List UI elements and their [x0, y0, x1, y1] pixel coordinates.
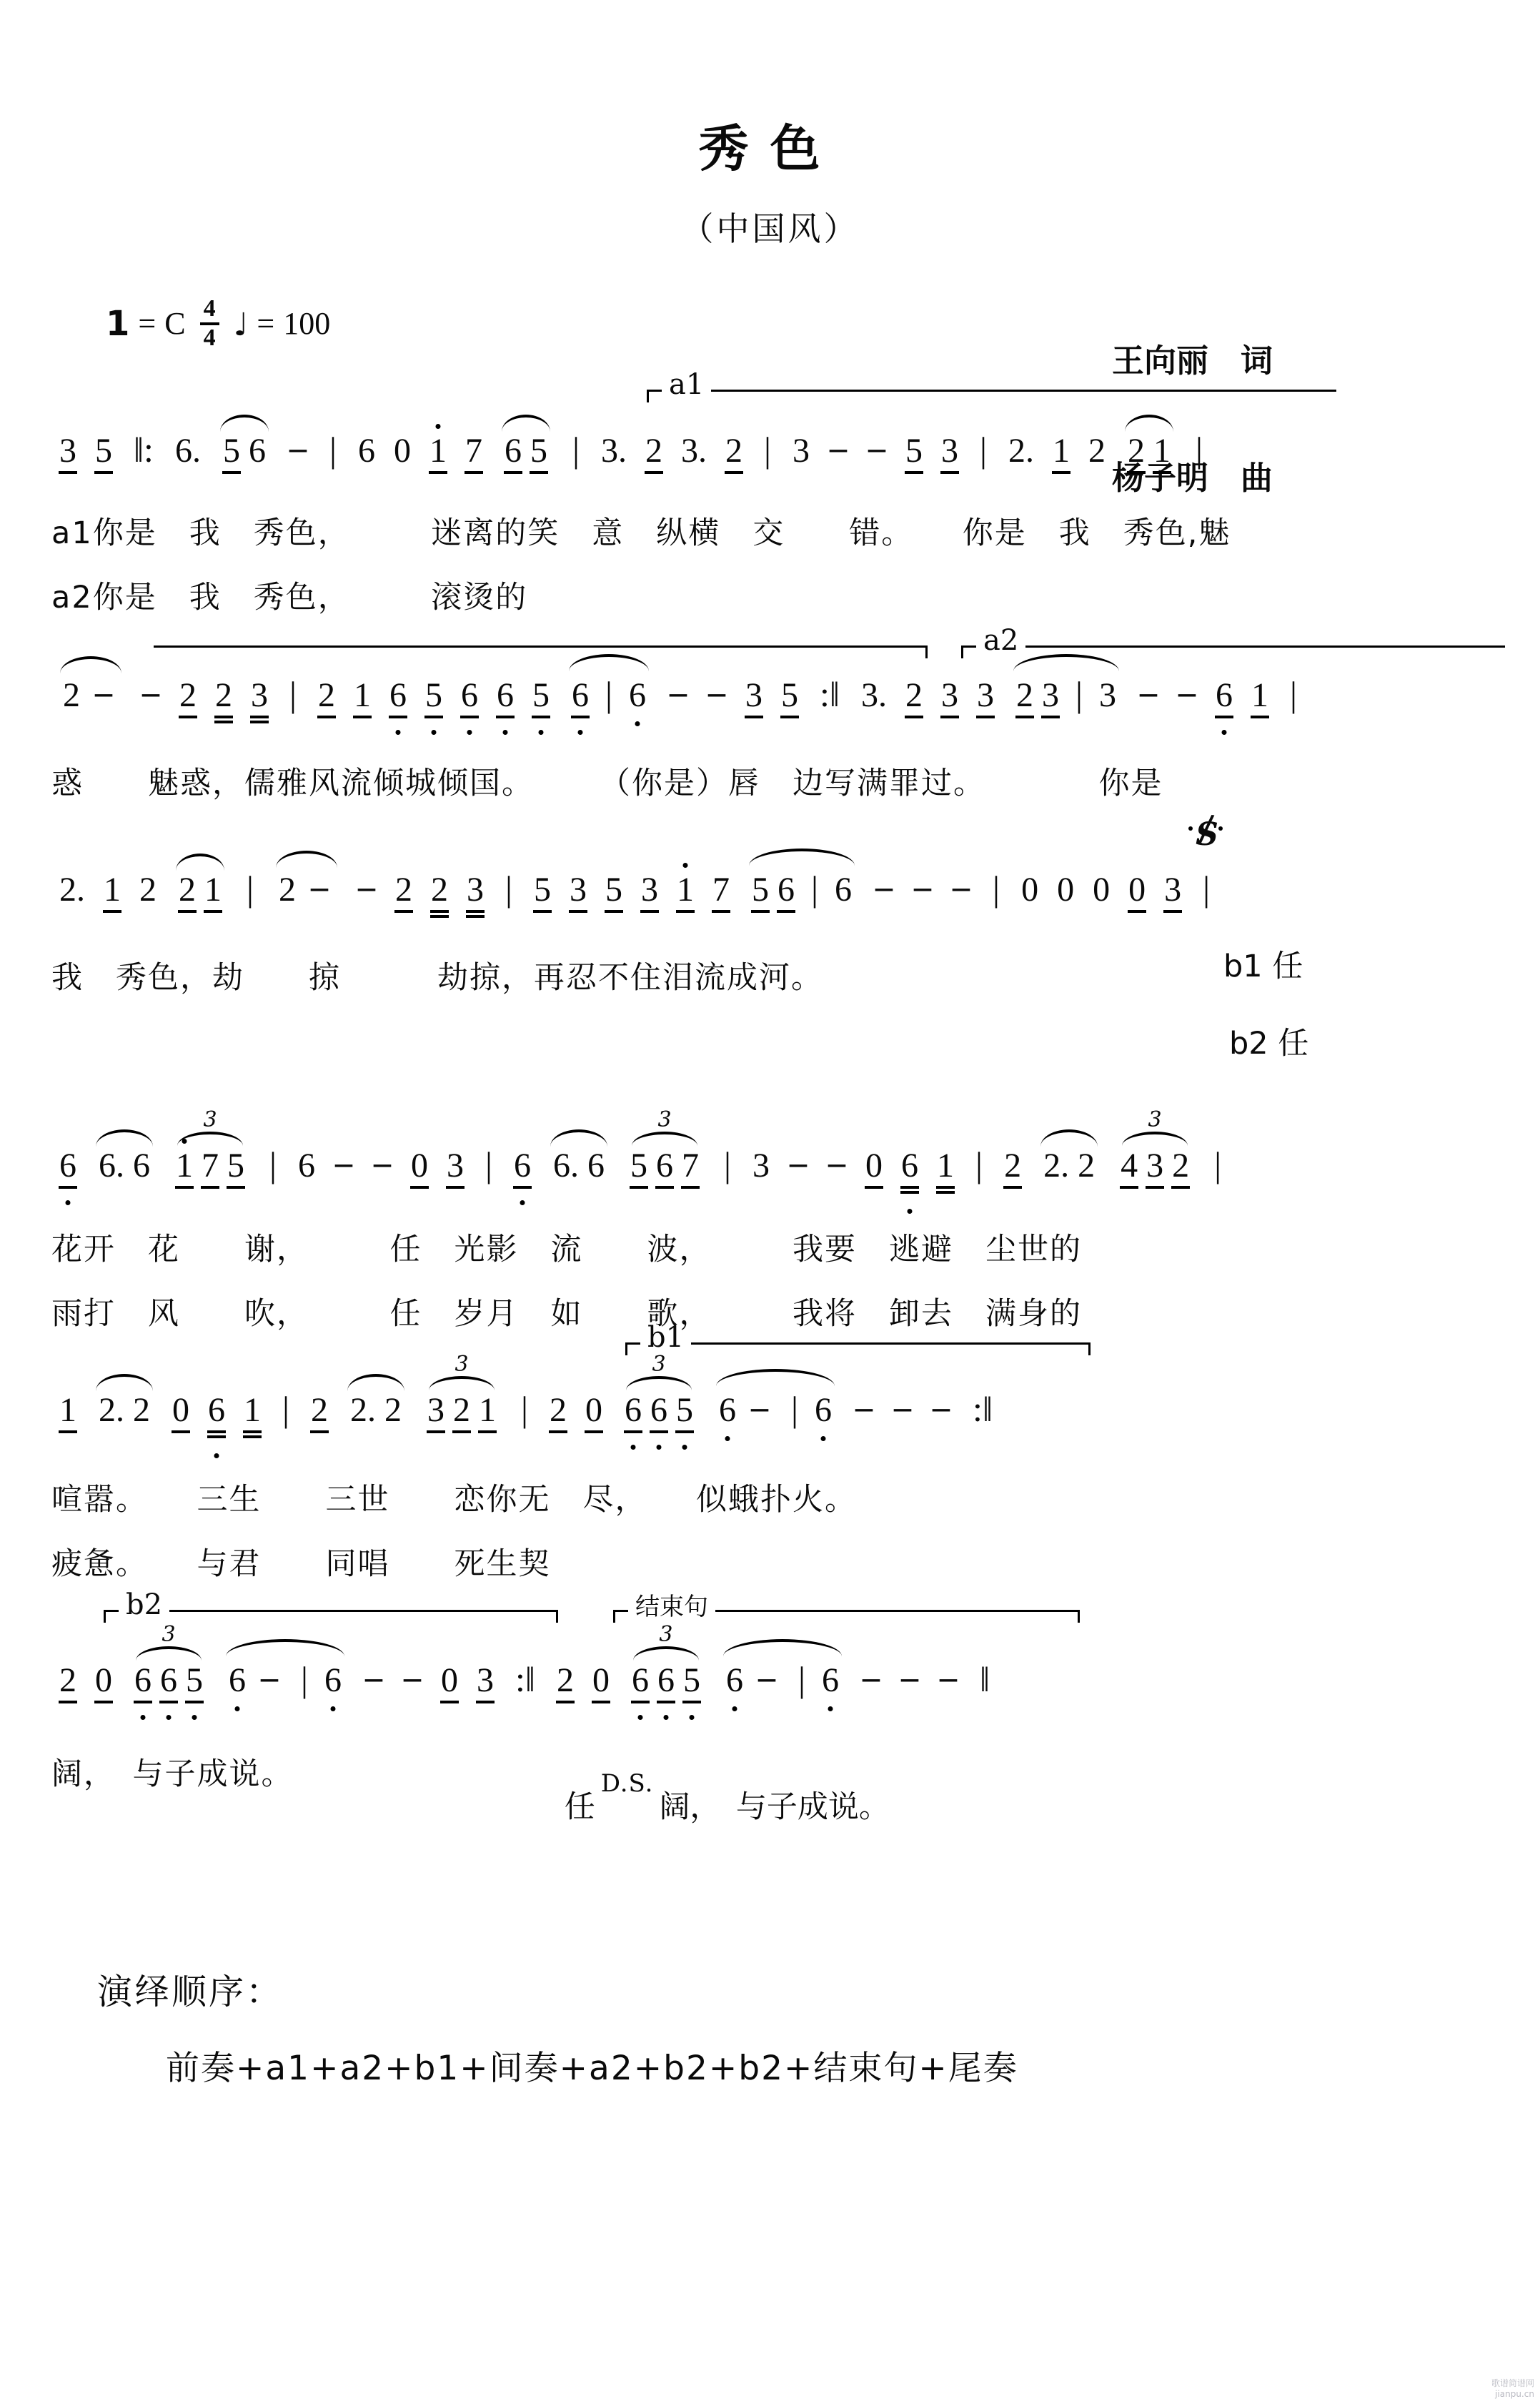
- barline: |: [993, 868, 1000, 909]
- section-bracket-a1-end: [154, 645, 928, 658]
- note: 1: [429, 434, 447, 474]
- note: 6: [834, 873, 853, 910]
- duration-dash: –: [868, 428, 885, 468]
- note: 3: [745, 678, 763, 718]
- barline: |: [247, 868, 254, 909]
- note: 5: [682, 1663, 701, 1703]
- barline: |: [791, 1388, 798, 1430]
- lyric-row-9-post: 阔， 与子成说。: [659, 1789, 890, 1825]
- note: 6: [59, 1149, 77, 1189]
- duration-dash: –: [830, 428, 847, 468]
- note: 3: [1163, 873, 1182, 913]
- sheet-music-page: 秀色 （中国风） 王向丽 词 杨子明 曲 1 = C 4 4 ♩ = 100 a…: [0, 0, 1540, 2404]
- note: 5: [222, 434, 241, 474]
- note: 6: [513, 1149, 532, 1189]
- note: 0: [1128, 873, 1146, 913]
- slur-group: 21: [1122, 434, 1176, 474]
- duration-dash: –: [365, 1658, 382, 1697]
- note: 5: [185, 1663, 204, 1703]
- duration-dash: –: [875, 867, 893, 906]
- note: 6: [655, 1149, 674, 1189]
- quarter-note-icon: ♩: [234, 307, 249, 343]
- note: 3: [250, 678, 269, 723]
- note: 2: [1003, 1149, 1022, 1189]
- note: 0: [94, 1663, 113, 1703]
- note: 3: [1041, 678, 1060, 718]
- note: 6: [718, 1393, 737, 1430]
- section-label-ending: 结束句: [628, 1595, 715, 1619]
- barline: |: [282, 1388, 289, 1430]
- barline: |: [764, 429, 771, 470]
- barline: |: [1290, 673, 1297, 715]
- note: 2: [430, 873, 449, 918]
- time-signature-denominator: 4: [200, 325, 219, 352]
- note: 3: [1146, 1149, 1164, 1189]
- note: 1: [478, 1393, 497, 1433]
- section-bracket-b2: b2: [104, 1610, 558, 1623]
- note: 2: [452, 1393, 471, 1433]
- note: 5: [94, 434, 113, 474]
- section-bracket-ending: 结束句: [613, 1610, 1080, 1623]
- note: 6: [460, 678, 479, 718]
- duration-dash: –: [335, 1143, 352, 1182]
- note: 2: [1077, 1149, 1096, 1186]
- note: 1: [676, 873, 695, 913]
- barline: |: [329, 429, 337, 470]
- note: 2.: [349, 1393, 377, 1430]
- duration-dash: –: [358, 867, 375, 906]
- duration-dash: –: [894, 1388, 911, 1427]
- note: 6: [248, 434, 267, 471]
- note: 6: [207, 1393, 226, 1438]
- note: 2: [384, 1393, 402, 1430]
- duration-dash: –: [953, 867, 970, 906]
- note: 3: [752, 1149, 770, 1186]
- tempo-value: 100: [283, 305, 330, 342]
- equals-sign: =: [138, 305, 156, 342]
- lyric-row-6: 雨打 风 吹， 任 岁月 如 歌， 我将 卸去 满身的: [51, 1290, 1082, 1333]
- lyric-pickup-b1: b1 任: [1223, 942, 1303, 986]
- note: 0: [410, 1149, 429, 1189]
- duration-dash: –: [708, 673, 725, 712]
- ds-mark: D.S.: [601, 1769, 654, 1798]
- barline: |: [269, 1144, 277, 1185]
- note: 3: [59, 434, 77, 474]
- song-subtitle: （中国风）: [0, 203, 1540, 250]
- note: 0: [865, 1149, 883, 1189]
- note: 6.: [552, 1149, 580, 1186]
- lyric-row-7: 喧嚣。 三生 三世 恋你无 尽， 似蛾扑火。: [51, 1475, 857, 1519]
- barline: |: [485, 1144, 492, 1185]
- barline: |: [724, 1144, 731, 1185]
- section-bracket-b1: b1: [625, 1342, 1091, 1355]
- lyric-row-3: 惑 魅惑，儒雅风流倾城倾国。 （你是）唇 边写满罪过。 你是: [51, 759, 1163, 803]
- site-watermark: 歌谱简谱网 jianpu.cn: [1471, 2378, 1534, 2400]
- note: 2: [1127, 434, 1146, 474]
- barline: |: [572, 429, 580, 470]
- notation-line-6: 2036656–|6––03:‖2036656–|6–––‖: [50, 1658, 1002, 1704]
- barline: |: [521, 1388, 528, 1430]
- note: 2: [1171, 1149, 1190, 1189]
- repeat-barline: :‖: [515, 1658, 535, 1700]
- note: 6.: [174, 434, 202, 471]
- note: 0: [592, 1663, 610, 1703]
- duration-dash: –: [901, 1658, 918, 1697]
- triplet-group: 3665: [619, 1393, 699, 1433]
- barline: |: [605, 673, 612, 715]
- note: 3: [976, 678, 995, 718]
- slur-group: 65: [499, 434, 553, 474]
- note: 6: [628, 678, 647, 716]
- repeat-barline: :‖: [820, 673, 840, 715]
- note: 1: [353, 678, 372, 718]
- note: 2: [214, 678, 233, 723]
- note: 6: [814, 1393, 833, 1430]
- note: 1: [103, 873, 121, 913]
- notation-line-4: 66.63175|6––03|66.63567|3––061|22.23432|: [50, 1144, 1233, 1189]
- section-label-a2: a2: [976, 626, 1025, 655]
- slur-group: 6.6: [547, 1149, 610, 1186]
- duration-dash: –: [311, 867, 328, 906]
- lyric-row-a1: a1你是 我 秀色， 迷离的笑 意 纵横 交 错。 你是 我 秀色,魅: [51, 509, 1231, 553]
- duration-dash: –: [142, 673, 159, 712]
- duration-dash: –: [289, 428, 307, 468]
- slur-group: 2–: [273, 870, 340, 910]
- slur-group: 6|6: [566, 673, 652, 718]
- tempo-equals: =: [257, 305, 274, 342]
- note: 2: [139, 873, 157, 910]
- notation-line-5: 12.2061|22.23321|2036656–|6–––:‖: [50, 1388, 1005, 1434]
- note: 1: [175, 1149, 194, 1189]
- note: 3: [466, 873, 485, 918]
- note: 2: [62, 678, 81, 716]
- note: 2.: [1008, 434, 1035, 471]
- slur-group: 6.6: [93, 1149, 156, 1186]
- duration-dash: –: [95, 673, 112, 712]
- triplet-group: 3665: [129, 1663, 209, 1703]
- duration-dash: –: [404, 1658, 421, 1697]
- note: 2: [178, 873, 197, 913]
- triplet-group: 3432: [1115, 1149, 1195, 1189]
- note: 2: [1015, 678, 1034, 718]
- note: 6: [159, 1663, 178, 1703]
- lyric-row-4: 我 秀色，劫 掠 劫掠，再忍不住泪流成河。: [51, 954, 823, 997]
- note: 5: [605, 873, 623, 913]
- section-label-b2: b2: [119, 1591, 169, 1619]
- song-title: 秀色: [0, 109, 1540, 181]
- note: 6: [821, 1663, 840, 1701]
- segno-icon: ∕S: [1191, 812, 1224, 852]
- note: 3: [940, 434, 959, 474]
- note: 6: [631, 1663, 650, 1703]
- notation-line-2: 2––223|21656656|6––35:‖3.23323|3––61|: [50, 673, 1309, 719]
- note: 2: [645, 434, 663, 474]
- note: 5: [905, 434, 923, 474]
- triplet-group: 3567: [625, 1149, 705, 1189]
- note: 1: [1251, 678, 1269, 718]
- lyric-row-9-pre: 任: [565, 1789, 595, 1825]
- duration-dash: –: [940, 1658, 957, 1697]
- note: 6: [571, 678, 590, 718]
- lyricist-credit: 王向丽 词: [1112, 342, 1273, 381]
- duration-dash: –: [828, 1143, 845, 1182]
- slur-group: 2.2: [93, 1393, 156, 1430]
- slur-group: 2.2: [1038, 1149, 1101, 1186]
- lyric-row-a2: a2你是 我 秀色， 滚烫的: [51, 573, 527, 617]
- note: 0: [1056, 873, 1075, 910]
- note: 2: [59, 1663, 77, 1703]
- repeat-barline: ‖: [980, 1658, 990, 1700]
- note: 6: [134, 1663, 152, 1703]
- note: 7: [681, 1149, 700, 1189]
- barline: |∕S: [1203, 868, 1210, 909]
- note: 2: [556, 1663, 575, 1703]
- note: 3.: [600, 434, 627, 471]
- slur-group: 23|3: [1010, 673, 1122, 718]
- barline: |: [505, 868, 512, 909]
- duration-dash: –: [914, 867, 931, 906]
- note: 2: [394, 873, 413, 913]
- note: 3.: [860, 678, 888, 716]
- duration-dash: –: [1140, 673, 1157, 712]
- time-signature: 4 4: [200, 296, 219, 351]
- time-signature-numerator: 4: [200, 296, 219, 325]
- note: 3: [427, 1393, 445, 1433]
- note: 6: [389, 678, 407, 718]
- note: 2.: [1043, 1149, 1070, 1186]
- triplet-group: 3175: [170, 1149, 250, 1189]
- note: 3: [940, 678, 959, 718]
- note: 5: [532, 678, 550, 718]
- note: 5: [675, 1393, 694, 1433]
- note: 2.: [59, 873, 86, 910]
- slur-group: 6–|6: [713, 1388, 838, 1430]
- note: 0: [440, 1663, 459, 1703]
- note: 5: [227, 1149, 245, 1189]
- performance-order-value: 前奏+a1+a2+b1+间奏+a2+b2+b2+结束句+尾奏: [166, 2042, 1018, 2089]
- note: 0: [1092, 873, 1111, 910]
- duration-dash: –: [670, 673, 687, 712]
- triplet-group: 3321: [422, 1393, 502, 1433]
- notation-line-1: 35‖:6.56–|601765|3.23.2|3––53|2.1221|: [50, 429, 1215, 475]
- note: 2: [1088, 434, 1106, 471]
- repeat-barline: :‖: [973, 1388, 993, 1430]
- section-label-a1: a1: [662, 370, 711, 399]
- note: 6: [228, 1663, 247, 1701]
- note: 5: [424, 678, 443, 718]
- duration-dash: –: [261, 1658, 278, 1697]
- lyric-row-9-left: 阔， 与子成说。: [51, 1750, 294, 1794]
- note: 3: [1098, 678, 1117, 716]
- duration-dash: –: [790, 1143, 807, 1182]
- key-signature-line: 1 = C 4 4 ♩ = 100: [106, 296, 330, 351]
- tonic-number: 1: [106, 304, 129, 344]
- duration-dash: –: [758, 1658, 775, 1697]
- duration-dash: –: [374, 1143, 391, 1182]
- key-letter: C: [164, 305, 185, 342]
- barline: |: [975, 1144, 983, 1185]
- triplet-group: 3665: [626, 1663, 706, 1703]
- note: 6: [777, 873, 795, 913]
- slur-group: 6–|6: [720, 1658, 845, 1701]
- note: 1: [204, 873, 222, 913]
- note: 2: [905, 678, 923, 718]
- note: 1: [1052, 434, 1070, 474]
- note: 7: [712, 873, 730, 913]
- note: 3: [792, 434, 810, 471]
- slur-group: 6–|6: [223, 1658, 347, 1701]
- duration-dash: –: [933, 1388, 950, 1427]
- note: 4: [1120, 1149, 1138, 1189]
- note: 6: [725, 1663, 744, 1701]
- note: 6: [657, 1663, 675, 1703]
- slur-group: 2–: [57, 676, 124, 716]
- note: 2: [549, 1393, 567, 1433]
- note: 3: [476, 1663, 495, 1703]
- note: 1: [59, 1393, 77, 1433]
- duration-dash: –: [863, 1658, 880, 1697]
- note: 5: [751, 873, 770, 913]
- slur-group: 21: [173, 873, 227, 913]
- note: 6: [1215, 678, 1233, 718]
- note: 1: [1153, 434, 1171, 474]
- note: 2: [310, 1393, 329, 1433]
- note: 1: [243, 1393, 262, 1438]
- notation-line-3: 2.1221|2––223|53531756|6–––|00003|∕S: [50, 868, 1222, 914]
- note: 3: [446, 1149, 465, 1189]
- note: 0: [585, 1393, 603, 1433]
- note: 3.: [680, 434, 707, 471]
- note: 3: [569, 873, 587, 913]
- slur-group: 56: [217, 434, 272, 474]
- note: 6: [496, 678, 515, 718]
- note: 6: [324, 1663, 342, 1701]
- barline: |: [289, 673, 297, 715]
- note: 6: [587, 1149, 605, 1186]
- lyric-row-9-right: 任D.S.阔， 与子成说。: [525, 1747, 890, 1862]
- note: 5: [780, 678, 799, 718]
- note: 7: [201, 1149, 219, 1189]
- lyric-row-8: 疲惫。 与君 同唱 死生契: [51, 1540, 551, 1583]
- duration-dash: –: [855, 1388, 873, 1427]
- note: 0: [393, 434, 412, 471]
- lyric-pickup-b2: b2 任: [1229, 1019, 1308, 1063]
- note: 0: [172, 1393, 190, 1433]
- note: 2: [278, 873, 297, 910]
- note: 6: [357, 434, 376, 471]
- note: 5: [533, 873, 552, 913]
- barline: |: [798, 1658, 805, 1700]
- note: 2: [317, 678, 336, 718]
- note: 3: [640, 873, 659, 913]
- barline: |: [1075, 673, 1083, 715]
- note: 6: [900, 1149, 919, 1194]
- note: 5: [630, 1149, 648, 1189]
- slur-group: 2.2: [344, 1393, 407, 1430]
- note: 6: [650, 1393, 668, 1433]
- note: 0: [1020, 873, 1039, 910]
- note: 6: [132, 1149, 151, 1186]
- note: 2.: [98, 1393, 125, 1430]
- note: 2: [179, 678, 197, 718]
- note: 2: [132, 1393, 151, 1430]
- performance-order-label: 演绎顺序：: [97, 1964, 283, 2014]
- note: 5: [530, 434, 548, 474]
- slur-group: 56|6: [746, 868, 858, 913]
- note: 2: [725, 434, 743, 474]
- duration-dash: –: [1178, 673, 1196, 712]
- barline: |: [1196, 429, 1203, 470]
- lyric-row-5: 花开 花 谢， 任 光影 流 波， 我要 逃避 尘世的: [51, 1225, 1082, 1269]
- barline: |: [811, 868, 818, 909]
- barline: |: [1214, 1144, 1221, 1185]
- note: 6: [504, 434, 522, 474]
- note: 6: [624, 1393, 642, 1433]
- barline: |: [980, 429, 987, 470]
- section-bracket-a1: a1: [647, 390, 1336, 402]
- note: 1: [936, 1149, 955, 1194]
- repeat-barline: ‖:: [134, 429, 154, 470]
- note: 6: [297, 1149, 316, 1186]
- note: 6.: [98, 1149, 125, 1186]
- barline: |: [301, 1658, 308, 1700]
- note: 7: [465, 434, 483, 474]
- duration-dash: –: [751, 1388, 768, 1427]
